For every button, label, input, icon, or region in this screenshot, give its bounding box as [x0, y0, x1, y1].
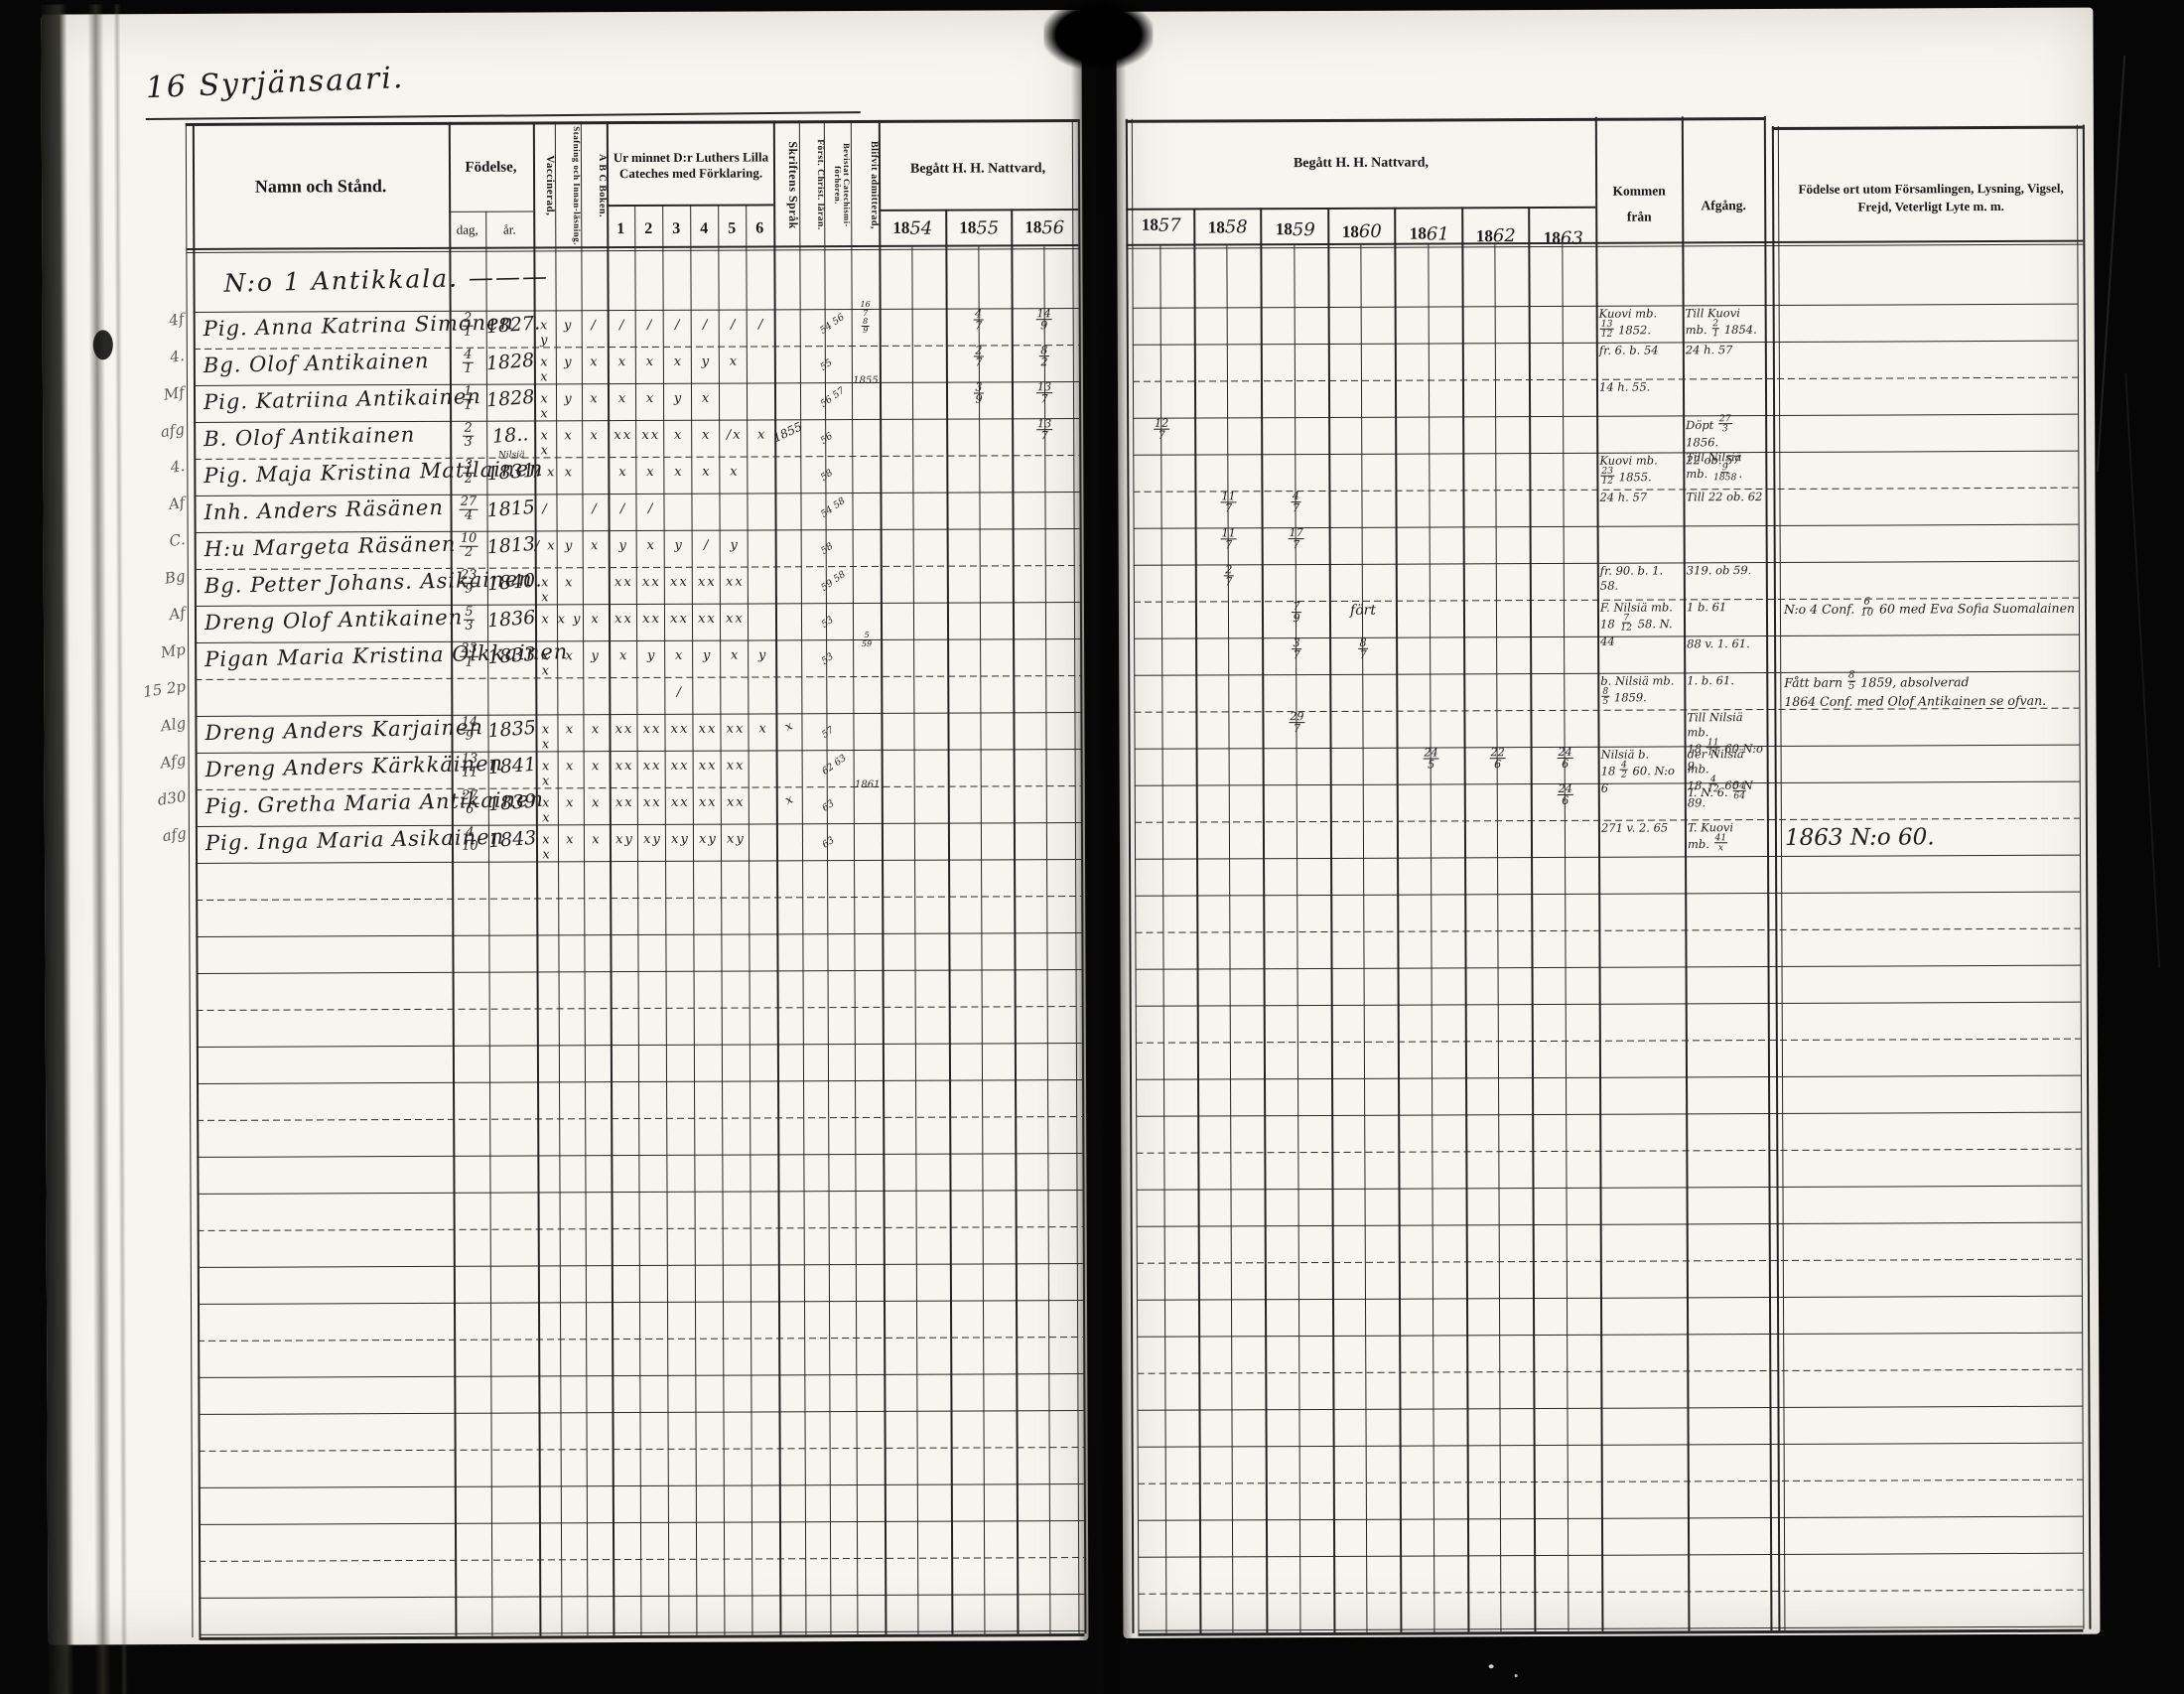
year-label-1863: 1863 — [1531, 221, 1595, 255]
col-header-notes: Födelse ort utom Församlingen, Lysning, … — [1790, 163, 2072, 233]
birth-year: 1813 — [486, 533, 535, 558]
nattvard-mark-1860: 87 — [1331, 639, 1395, 663]
scanned-parish-register: 16 Syrjänsaari. Namn och Stånd. Födelse,… — [0, 0, 2184, 1694]
col-header-afgang: Afgång. — [1684, 178, 1763, 233]
cateches-mark: x — [665, 354, 692, 369]
cateches-mark: x — [638, 538, 665, 553]
cateches-mark: xx — [694, 575, 721, 590]
margin-note: Afg — [98, 751, 188, 780]
margin-note: Mf — [96, 383, 186, 413]
birth-day: 410 — [453, 829, 487, 856]
person-name: H:u Margeta Räsänen — [204, 531, 462, 561]
gutter-top-shadow — [1043, 0, 1153, 70]
cateches-mark: / — [665, 318, 692, 333]
vaccination-mark: / x — [535, 538, 557, 553]
birth-year: 1843 — [487, 827, 536, 852]
col-header-skriftens: Skriftens Språk — [773, 124, 800, 245]
nattvard-mark-1859: 297 — [1265, 713, 1328, 737]
abc-mark: x — [583, 612, 609, 627]
year-label-1854: 1854 — [880, 212, 945, 245]
bevistat-entry: 63 — [820, 819, 859, 851]
birth-day: 274 — [451, 498, 485, 525]
margin-note: C. — [97, 530, 187, 560]
year-label-1856: 1856 — [1012, 211, 1077, 244]
nattvard-mark-1858: 117 — [1197, 529, 1261, 553]
afgang-entry: T. N. 6. 5464 — [1688, 783, 1767, 803]
cateches-mark: xx — [723, 759, 750, 774]
cateches-col-6: 6 — [746, 211, 773, 245]
vaccination-mark: x x — [536, 832, 558, 862]
nattvard-mark-1856: 137 — [1013, 383, 1076, 407]
cateches-mark: xy — [695, 832, 722, 847]
nattvard-mark-1857: 127 — [1130, 420, 1193, 444]
nattvard-mark-1862: 226 — [1466, 749, 1530, 773]
notes-entry: Fått barn 85 1859, absolverad1864 Conf. … — [1784, 672, 2077, 711]
kommen-entry: fr. 90. b. 1. 58. — [1600, 563, 1684, 593]
cateches-mark: xx — [666, 575, 693, 590]
cateches-mark: xx — [638, 612, 665, 627]
person-name: Pigan Maria Kristina Olkkainen — [205, 641, 463, 671]
cateches-mark: xx — [666, 722, 693, 737]
book-spread: 16 Syrjänsaari. Namn och Stånd. Födelse,… — [0, 0, 2184, 1694]
person-name: Pig. Katriina Antikainen — [204, 385, 462, 415]
vaccination-mark: x y — [534, 318, 556, 348]
nattvard-mark-1859: 47 — [1264, 493, 1327, 516]
person-name: Pig. Gretha Maria Antikainen — [205, 788, 464, 818]
bevistat-entry: 58 — [819, 525, 858, 557]
nattvard-header-right: Begått H. H. Nattvard, — [1129, 135, 1593, 193]
kommen-line2: från — [1627, 209, 1652, 223]
cateches-mark: x — [665, 465, 692, 480]
cateches-mark: y — [693, 354, 720, 369]
birth-year: 1827. — [485, 313, 534, 338]
cateches-mark: y — [611, 538, 637, 553]
cateches-mark: xx — [637, 428, 664, 443]
nattvard-mark-1858: 117 — [1196, 493, 1260, 516]
cateches-mark: xx — [638, 575, 665, 590]
stafning-mark: x — [558, 795, 584, 810]
stafning-mark: x — [557, 575, 583, 590]
nattvard-mark-1863: 246 — [1534, 785, 1597, 809]
cateches-mark: x — [665, 428, 692, 443]
nattvard-mark-1856: 149 — [1013, 310, 1076, 334]
cateches-mark: xx — [611, 722, 637, 737]
cateches-mark: x — [693, 428, 720, 443]
vaccination-mark: x x — [535, 722, 557, 752]
stafning-mark: x — [558, 832, 584, 847]
cateches-col-4: 4 — [690, 212, 718, 246]
cateches-mark: xx — [723, 795, 750, 810]
cateches-col-5: 5 — [718, 212, 746, 246]
admitterad-entry: 16789 — [852, 303, 880, 337]
person-name: Inh. Anders Räsänen — [204, 494, 462, 524]
cateches-mark: xx — [639, 759, 666, 774]
col-header-namn: Namn och Stånd. — [196, 127, 447, 245]
nattvard-mark-1858: 27 — [1197, 566, 1261, 590]
cateches-mark: xy — [639, 832, 666, 847]
nattvard-mark-1859: 177 — [1265, 529, 1328, 553]
admitterad-entry: 1855 — [852, 376, 880, 386]
vaccination-mark: / — [534, 501, 556, 516]
abc-mark: x — [583, 538, 609, 553]
admitterad-entry: 559 — [853, 634, 881, 650]
cateches-mark: xx — [695, 759, 722, 774]
kommen-entry: b. Nilsiä mb.85 1859. — [1600, 673, 1684, 708]
cateches-mark: xx — [666, 612, 693, 627]
col-header-admitterad: Blifvit admitterad, — [851, 124, 880, 245]
margin-note: Bg — [97, 567, 187, 597]
abc-mark: x — [582, 391, 608, 406]
cateches-col-3: 3 — [662, 212, 690, 246]
nattvard-mark-1855: 27 — [947, 347, 1011, 370]
abc-mark: / — [582, 501, 608, 516]
margin-note: Alg — [98, 714, 188, 744]
notes-entry: 1863 N:o 60. — [1785, 822, 2078, 854]
kommen-entry: 14 h. 55. — [1599, 379, 1683, 394]
stafning-mark: x — [558, 759, 584, 774]
cateches-mark: x — [637, 354, 664, 369]
col-header-fodelse: Födelse, — [449, 126, 533, 208]
birth-year: 18.. — [485, 423, 534, 448]
cateches-mark: / — [721, 318, 748, 333]
scan-speck-1 — [1489, 1664, 1494, 1668]
cateches-mark: / — [610, 501, 636, 516]
vaccination-mark: x x — [534, 428, 556, 458]
col-header-stafning: Stafning och Innan-läsning. — [555, 125, 582, 246]
cateches-mark: / — [637, 501, 664, 516]
nattvard-mark-1859: 79 — [1265, 603, 1328, 627]
cateches-mark: xx — [722, 575, 749, 590]
cateches-mark: / — [610, 318, 636, 333]
birth-year: 1839 — [487, 790, 536, 815]
cateches-mark: xx — [667, 795, 694, 810]
cateches-col-1: 1 — [607, 212, 634, 246]
cateches-mark: x — [611, 648, 637, 663]
nattvard-mark-1861: 245 — [1400, 749, 1463, 773]
cateches-mark: / — [637, 318, 664, 333]
cateches-mark: x — [721, 354, 748, 369]
col-header-vaccinerad: Vaccinerad, — [533, 125, 556, 246]
birth-year: 1836 — [486, 607, 535, 632]
stafning-mark: y — [556, 354, 582, 369]
afgang-entry: 1. b. 61. — [1687, 673, 1766, 688]
cateches-mark: x — [722, 648, 749, 663]
bevistat-entry: 56 — [819, 415, 858, 447]
nattvard-header-left: Begått H. H. Nattvard, — [881, 139, 1075, 200]
margin-note: Af — [97, 604, 187, 634]
skriftens-mark: 1855 — [771, 420, 804, 445]
kommen-entry: 271 v. 2. 65 — [1601, 820, 1685, 835]
birth-day: 149 — [452, 719, 486, 746]
margin-note: afg — [98, 824, 188, 854]
birth-day: 231 — [452, 645, 486, 672]
vaccination-mark: x — [535, 612, 557, 627]
person-name: Pig. Anna Katrina Simonen — [203, 312, 461, 342]
kommen-entry: Kuovi mb.2312 1855. — [1599, 453, 1683, 488]
afgang-entry: 1 b. 61 — [1687, 600, 1766, 615]
cateches-mark: x — [610, 465, 636, 480]
cateches-mark: y — [666, 538, 693, 553]
margin-note: 15 2p — [97, 677, 187, 707]
afgang-entry: Till 22 ob. 62 — [1686, 490, 1765, 504]
kommen-entry: Kuovi mb.1312 1852. — [1599, 306, 1683, 341]
birth-day: 1311 — [453, 756, 487, 782]
birth-year: 1828 — [485, 350, 534, 374]
cateches-mark: xx — [694, 612, 721, 627]
birth-day: 41 — [451, 352, 485, 378]
cateches-mark: x — [610, 354, 636, 369]
margin-note: 4. — [97, 457, 187, 487]
cateches-mark: /x — [721, 428, 748, 443]
afgang-entry: 24 h. 57 — [1686, 343, 1765, 357]
nattvard-mark-1863: 246 — [1534, 749, 1597, 773]
cateches-mark: xx — [722, 612, 749, 627]
birth-day: 53 — [452, 609, 486, 635]
abc-mark: / — [582, 318, 608, 333]
cateches-mark: xx — [612, 795, 638, 810]
birth-day: 276 — [453, 792, 487, 819]
person-name: Bg. Olof Antikainen — [204, 349, 462, 378]
vaccination-mark: x x — [536, 759, 558, 788]
cateches-mark: xy — [612, 832, 638, 847]
birth-day: 32 — [451, 462, 485, 489]
kommen-entry: 24 h. 57 — [1599, 490, 1683, 504]
abc-mark: x — [584, 759, 610, 774]
cateches-mark: y — [750, 647, 776, 662]
person-name: Dreng Olof Antikainen — [205, 605, 463, 635]
nattvard-mark-1856: 82 — [1013, 347, 1076, 370]
col-header-ar: år. — [485, 212, 533, 246]
bevistat-entry: 57 — [820, 709, 859, 741]
kommen-entry: fr. 6. b. 54 — [1599, 343, 1683, 357]
cateches-mark: xx — [610, 428, 636, 443]
stafning-mark: x — [557, 722, 583, 737]
stafning-mark: y — [556, 391, 582, 406]
col-header-dag: dag, — [449, 213, 485, 247]
cateches-mark: xx — [722, 722, 749, 737]
cateches-mark: / — [694, 538, 721, 553]
col-header-kommen: Kommen från — [1597, 178, 1681, 237]
bevistat-entry: 58 — [819, 452, 858, 484]
cateches-col-2: 2 — [634, 212, 662, 246]
afgang-entry: Till Kuovimb. 21 1854. — [1686, 306, 1765, 341]
nattvard-mark-1855: 39 — [947, 383, 1011, 407]
abc-mark: x — [582, 354, 608, 369]
col-header-bevistat: Bevistat Catechismi-förhören. — [824, 124, 852, 245]
cateches-mark: x — [637, 465, 664, 480]
vaccination-mark: x x — [534, 391, 556, 421]
year-label-1855: 1855 — [946, 211, 1012, 244]
bevistat-entry: 53 — [819, 599, 858, 631]
notes-entry: N:o 4 Conf. 610 60 med Eva Sofia Suomala… — [1784, 599, 2077, 621]
birth-year: 1840. — [486, 570, 535, 595]
cateches-mark: y — [694, 648, 721, 663]
abc-mark: y — [583, 648, 609, 663]
afgang-entry: 88 v. 1. 61. — [1687, 636, 1766, 651]
stafning-mark: y — [556, 318, 582, 333]
cateches-mark: xx — [638, 722, 665, 737]
stafning-mark: x — [556, 465, 582, 480]
stafning-mark: x — [556, 428, 582, 443]
stafning-mark: x — [557, 648, 583, 663]
person-name: Pig. Inga Maria Asikainen — [205, 825, 464, 855]
cateches-mark: xy — [723, 832, 750, 847]
cateches-mark: xx — [611, 612, 637, 627]
year-label-1857: 1857 — [1129, 209, 1193, 242]
nattvard-mark-1855: 47 — [947, 310, 1011, 334]
birth-year: 1833 — [486, 643, 535, 668]
birth-year: 1831. — [486, 460, 535, 485]
nattvard-mark-1856: 137 — [1013, 420, 1076, 444]
birth-year: 1841 — [487, 754, 536, 778]
year-label-1862: 1862 — [1463, 219, 1528, 253]
skriftens-mark: x — [772, 787, 805, 812]
afgang-entry: 319. ob 59. — [1687, 563, 1766, 578]
year-label-1859: 1859 — [1263, 212, 1327, 246]
cateches-mark: / — [666, 685, 693, 700]
cateches-mark: y — [722, 538, 749, 553]
birth-day: 102 — [452, 535, 486, 562]
cateches-mark: / — [749, 317, 775, 332]
person-name: Pig. Maja Kristina Matilainen — [204, 458, 462, 488]
abc-mark: x — [583, 722, 609, 737]
abc-mark: x — [584, 832, 610, 847]
birth-day: 23 — [451, 425, 485, 452]
cateches-mark: x — [693, 465, 720, 480]
cateches-mark: xx — [611, 575, 637, 590]
cateches-mark: x — [637, 391, 664, 406]
bevistat-entry: 62 63 — [820, 746, 859, 777]
col-header-forst: Först. Christ. läran. — [799, 124, 825, 245]
cateches-mark: xx — [667, 759, 694, 774]
vaccination-mark: x x — [535, 575, 557, 605]
admitterad-entry: 1861 — [854, 780, 882, 790]
cateches-mark: xx — [695, 795, 722, 810]
nattvard-mark-1860: fört — [1331, 603, 1395, 619]
col-header-abc: A B C Boken. — [581, 125, 608, 246]
birth-day: 11 — [451, 388, 485, 415]
vaccination-mark: x x — [534, 354, 556, 384]
person-name: Bg. Petter Johans. Asikainen — [205, 568, 463, 598]
cateches-mark: xy — [667, 832, 694, 847]
kommen-line1: Kommen — [1612, 183, 1665, 198]
stafning-mark: x y — [557, 612, 583, 627]
birth-year: 1828 — [485, 386, 534, 411]
cateches-mark: x — [666, 648, 693, 663]
cateches-mark: xx — [694, 722, 721, 737]
person-name: Dreng Anders Karjainen — [205, 715, 463, 745]
abc-mark: x — [582, 428, 608, 443]
vaccination-mark: / x — [534, 465, 556, 480]
skriftens-mark: x — [772, 714, 805, 739]
margin-note: Mp — [97, 640, 187, 670]
nattvard-mark-1859: 37 — [1265, 639, 1328, 663]
bevistat-entry: 54 58 — [819, 489, 858, 520]
cateches-mark: xx — [612, 759, 638, 774]
cateches-mark: / — [693, 318, 720, 333]
stafning-mark: y — [557, 538, 583, 553]
cateches-mark: x — [610, 391, 636, 406]
birth-year: 1835 — [487, 717, 536, 742]
cateches-mark: y — [665, 391, 692, 406]
vaccination-mark: x x — [535, 648, 557, 678]
cateches-mark: xx — [639, 795, 666, 810]
cateches-mark: y — [638, 648, 665, 663]
year-label-1858: 1858 — [1195, 211, 1260, 244]
vaccination-mark: x x — [536, 795, 558, 825]
bevistat-entry: 55 — [818, 342, 857, 373]
margin-note: 4f — [96, 310, 186, 340]
margin-note: afg — [96, 420, 186, 450]
birth-day: 239 — [452, 572, 486, 599]
cateches-mark: x — [693, 391, 720, 406]
margin-note: 4. — [96, 347, 186, 376]
person-name: Dreng Anders Kärkkäinen — [205, 752, 463, 781]
afgang-entry: 22 ob. 57 — [1686, 453, 1765, 468]
scan-speck-2 — [1515, 1674, 1518, 1677]
cateches-mark: x — [721, 465, 748, 480]
birth-note: Nilsiä — [488, 450, 534, 460]
margin-note: d30 — [98, 787, 188, 817]
margin-note: Af — [97, 494, 187, 523]
birth-day: 21 — [451, 315, 485, 342]
person-name: B. Olof Antikainen — [204, 422, 462, 452]
afgang-entry: T. Kuovimb. 41x — [1688, 820, 1767, 855]
bevistat-entry: 59 58 — [819, 562, 858, 594]
birth-year: 1815 — [486, 496, 535, 521]
col-header-cateches: Ur minnet D:r Luthers Lilla Cateches med… — [611, 128, 771, 203]
abc-mark: x — [584, 795, 610, 810]
